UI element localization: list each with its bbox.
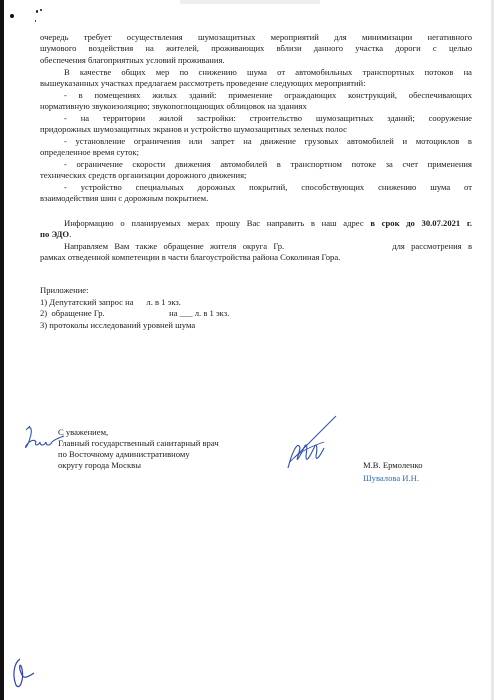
text-line: определенное время суток;	[40, 147, 472, 158]
signatory-name: М.В. Ермоленко	[363, 460, 423, 471]
measures-intro: В качестве общих мер по снижению шума от…	[40, 67, 472, 90]
text-line: - устройство специальных дорожных покрыт…	[40, 182, 472, 193]
signatory-title: округу города Москвы	[58, 460, 219, 471]
measure-item-3: - установление ограничения или запрет на…	[40, 136, 472, 159]
text-line: - в помещениях жилых зданий: применение …	[40, 90, 472, 101]
text-line: очередь требует осуществления шумозащитн…	[40, 32, 472, 43]
text-line: взаимодействия шин с дорожным покрытием.	[40, 193, 472, 204]
attachments-block: Приложение: 1) Депутатский запрос на л. …	[40, 285, 229, 331]
measure-item-2: - на территории жилой застройки: строите…	[40, 113, 472, 136]
punctuation: .	[69, 229, 71, 239]
text-line: - ограничение скорости движения автомоби…	[40, 159, 472, 170]
text-line: В качестве общих мер по снижению шума от…	[40, 67, 472, 78]
forward-text: Направляем Вам также обращение жителя ок…	[64, 241, 284, 251]
scan-speck	[36, 10, 38, 13]
request-paragraph: Информацию о планируемых мерах прошу Вас…	[40, 218, 472, 241]
measure-item-4: - ограничение скорости движения автомоби…	[40, 159, 472, 182]
text-line: шумового воздействия на жителей, прожива…	[40, 43, 472, 54]
scan-speck	[40, 9, 42, 11]
text-line: Информацию о планируемых мерах прошу Вас…	[40, 218, 472, 229]
scan-header-ghost	[180, 0, 320, 4]
deadline-date: в срок до 30.07.2021 г.	[370, 218, 472, 228]
attachments-title: Приложение:	[40, 285, 229, 297]
text-line: обеспечения благоприятных условий прожив…	[40, 55, 472, 66]
text-line: придорожных шумозащитных экранов и устро…	[40, 124, 472, 135]
text-line: нормативную звукоизоляцию; звукопоглощаю…	[40, 101, 472, 112]
measure-item-5: - устройство специальных дорожных покрыт…	[40, 182, 472, 205]
executor-stamp: Шувалова И.Н.	[363, 473, 419, 484]
closing-text: С уважением,	[58, 427, 219, 438]
text-line: Направляем Вам также обращение жителя ок…	[40, 241, 472, 252]
forward-text-end: для рассмотрения в	[392, 241, 472, 251]
attachment-item: 2) обращение Гр. на ___ л. в 1 экз.	[40, 308, 229, 320]
measure-item-1: - в помещениях жилых зданий: применение …	[40, 90, 472, 113]
text-line: по ЭДО.	[40, 229, 472, 240]
text-line: - на территории жилой застройки: строите…	[40, 113, 472, 124]
request-text: Информацию о планируемых мерах прошу Вас…	[64, 218, 364, 228]
attachment-item: 3) протоколы исследований уровней шума	[40, 320, 229, 332]
forward-paragraph: Направляем Вам также обращение жителя ок…	[40, 241, 472, 264]
scan-speck	[35, 20, 36, 22]
scan-speck	[10, 14, 14, 18]
scan-left-border	[0, 0, 4, 700]
text-line: рамках отведенной компетенции в части бл…	[40, 252, 472, 263]
text-line: - установление ограничения или запрет на…	[40, 136, 472, 147]
intro-paragraph: очередь требует осуществления шумозащитн…	[40, 32, 472, 66]
signatory-title-block: С уважением, Главный государственный сан…	[58, 427, 219, 471]
text-line: вышеуказанных участках предлагаем рассмо…	[40, 78, 472, 89]
signatory-title: Главный государственный санитарный врач	[58, 438, 219, 449]
handwritten-signature-icon	[284, 412, 340, 474]
margin-initials-icon	[10, 655, 40, 695]
delivery-channel: по ЭДО	[40, 229, 69, 239]
signatory-title: по Восточному административному	[58, 449, 219, 460]
text-line: технических средств организации дорожног…	[40, 170, 472, 181]
attachment-item: 1) Депутатский запрос на л. в 1 экз.	[40, 297, 229, 309]
